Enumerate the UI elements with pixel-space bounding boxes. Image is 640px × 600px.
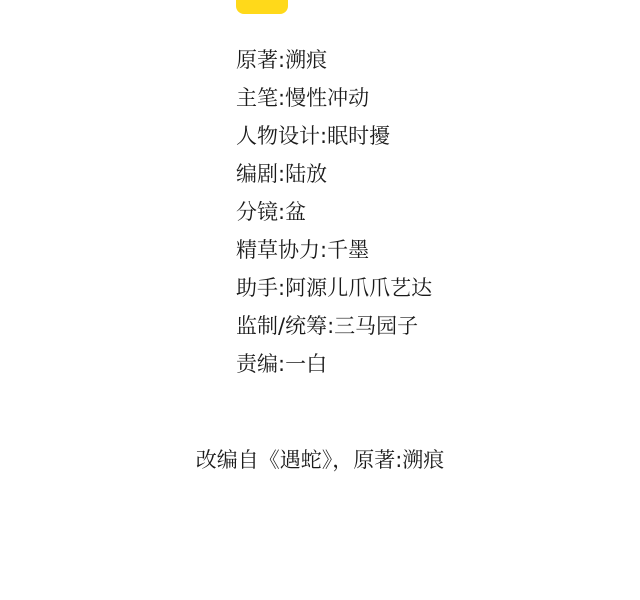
header-title: 漫画团队 bbox=[296, 0, 406, 4]
credit-name: 阿源儿爪爪艺达 bbox=[285, 276, 432, 300]
credit-role: 人物设计 bbox=[236, 124, 320, 148]
credit-role: 分镜 bbox=[236, 200, 278, 224]
credit-role: 助手 bbox=[236, 276, 278, 300]
credit-producer: 监制/统筹:三马园子 bbox=[236, 307, 432, 345]
credit-role: 责编 bbox=[236, 352, 278, 376]
credit-role: 监制/统筹 bbox=[236, 314, 327, 338]
adaptation-note: 改编自《遇蛇》，原著:溯痕 bbox=[0, 444, 640, 476]
credit-lead-artist: 主笔:慢性冲动 bbox=[236, 79, 432, 117]
credit-role: 原著 bbox=[236, 48, 278, 72]
credit-screenwriter: 编剧:陆放 bbox=[236, 155, 432, 193]
credit-name: 溯痕 bbox=[285, 48, 327, 72]
credit-original-author: 原著:溯痕 bbox=[236, 41, 432, 79]
credit-character-design: 人物设计:眠时擾 bbox=[236, 117, 432, 155]
credit-name: 陆放 bbox=[285, 162, 327, 186]
credit-storyboard: 分镜:盆 bbox=[236, 193, 432, 231]
credit-name: 三马园子 bbox=[334, 314, 418, 338]
credit-name: 盆 bbox=[285, 200, 306, 224]
credit-sketch-assist: 精草协力:千墨 bbox=[236, 231, 432, 269]
credit-role: 编剧 bbox=[236, 162, 278, 186]
credit-name: 慢性冲动 bbox=[285, 86, 369, 110]
credit-role: 主笔 bbox=[236, 86, 278, 110]
credit-assistant: 助手:阿源儿爪爪艺达 bbox=[236, 269, 432, 307]
credit-name: 一白 bbox=[285, 352, 327, 376]
credit-editor: 责编:一白 bbox=[236, 345, 432, 383]
credit-role: 精草协力 bbox=[236, 238, 320, 262]
credits-list: 原著:溯痕 主笔:慢性冲动 人物设计:眠时擾 编剧:陆放 分镜:盆 精草协力:千… bbox=[236, 41, 432, 383]
credit-name: 千墨 bbox=[327, 238, 369, 262]
credit-name: 眠时擾 bbox=[327, 124, 390, 148]
header-badge bbox=[236, 0, 288, 14]
